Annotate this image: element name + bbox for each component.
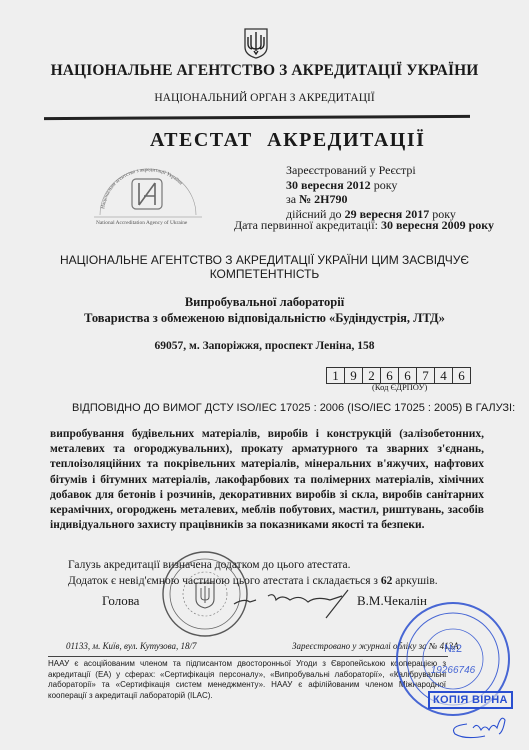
registration-block: Зареєстрований у Реєстрі 30 вересня 2012… — [286, 163, 456, 221]
agency-title: НАЦІОНАЛЬНЕ АГЕНТСТВО З АКРЕДИТАЦІЇ УКРА… — [0, 62, 529, 80]
naau-logo-icon: Національне агентство з акредитації Укра… — [92, 155, 204, 227]
svg-text:National Accreditation Agency: National Accreditation Agency of Ukraine — [96, 219, 188, 226]
accreditation-scope: випробування будівельних матеріалів, вир… — [50, 427, 484, 533]
standard-reference: ВІДПОВІДНО ДО ВИМОГ ДСТУ ISO/IEC 17025 :… — [72, 402, 515, 414]
head-signature-icon — [230, 582, 350, 622]
copy-certified-stamp: КОПІЯ ВІРНА — [428, 691, 513, 709]
registered-label: Зареєстрований у Реєстрі — [286, 163, 456, 178]
registration-number: за № 2Н790 — [286, 192, 456, 207]
laboratory-address: 69057, м. Запоріжжя, проспект Леніна, 15… — [0, 340, 529, 352]
agency-subtitle: НАЦІОНАЛЬНИЙ ОРГАН З АКРЕДИТАЦІЇ — [0, 92, 529, 104]
footer-note: НААУ є асоційованим членом та підписанто… — [48, 659, 446, 701]
first-accreditation-date: Дата первинної акредитації: 30 вересня 2… — [234, 218, 494, 233]
head-label: Голова — [102, 593, 139, 609]
edrpou-digit: 9 — [344, 367, 363, 384]
trident-emblem-icon — [243, 27, 269, 59]
registered-date: 30 вересня 2012 року — [286, 178, 456, 193]
edrpou-label: (Код ЄДРПОУ) — [372, 382, 427, 392]
edrpou-digit: 1 — [326, 367, 345, 384]
edrpou-digit: 6 — [452, 367, 471, 384]
svg-text:№2: №2 — [444, 643, 462, 655]
svg-text:19266746: 19266746 — [431, 665, 476, 676]
laboratory-name: Випробувальної лабораторії Товариства з … — [0, 294, 529, 326]
header-divider — [44, 115, 470, 120]
certificate-title: АТЕСТАТ АКРЕДИТАЦІЇ — [150, 129, 425, 152]
accreditation-certificate: НАЦІОНАЛЬНЕ АГЕНТСТВО З АКРЕДИТАЦІЇ УКРА… — [0, 0, 529, 750]
edrpou-digit: 4 — [434, 367, 453, 384]
competence-statement: НАЦІОНАЛЬНЕ АГЕНТСТВО З АКРЕДИТАЦІЇ УКРА… — [0, 253, 529, 281]
copy-signature-icon — [445, 710, 515, 742]
footer-divider — [48, 656, 448, 657]
svg-text:Національне агентство з акреди: Національне агентство з акредитації Укра… — [100, 167, 183, 209]
agency-address: 01133, м. Київ, вул. Кутузова, 18/7 — [66, 641, 197, 651]
